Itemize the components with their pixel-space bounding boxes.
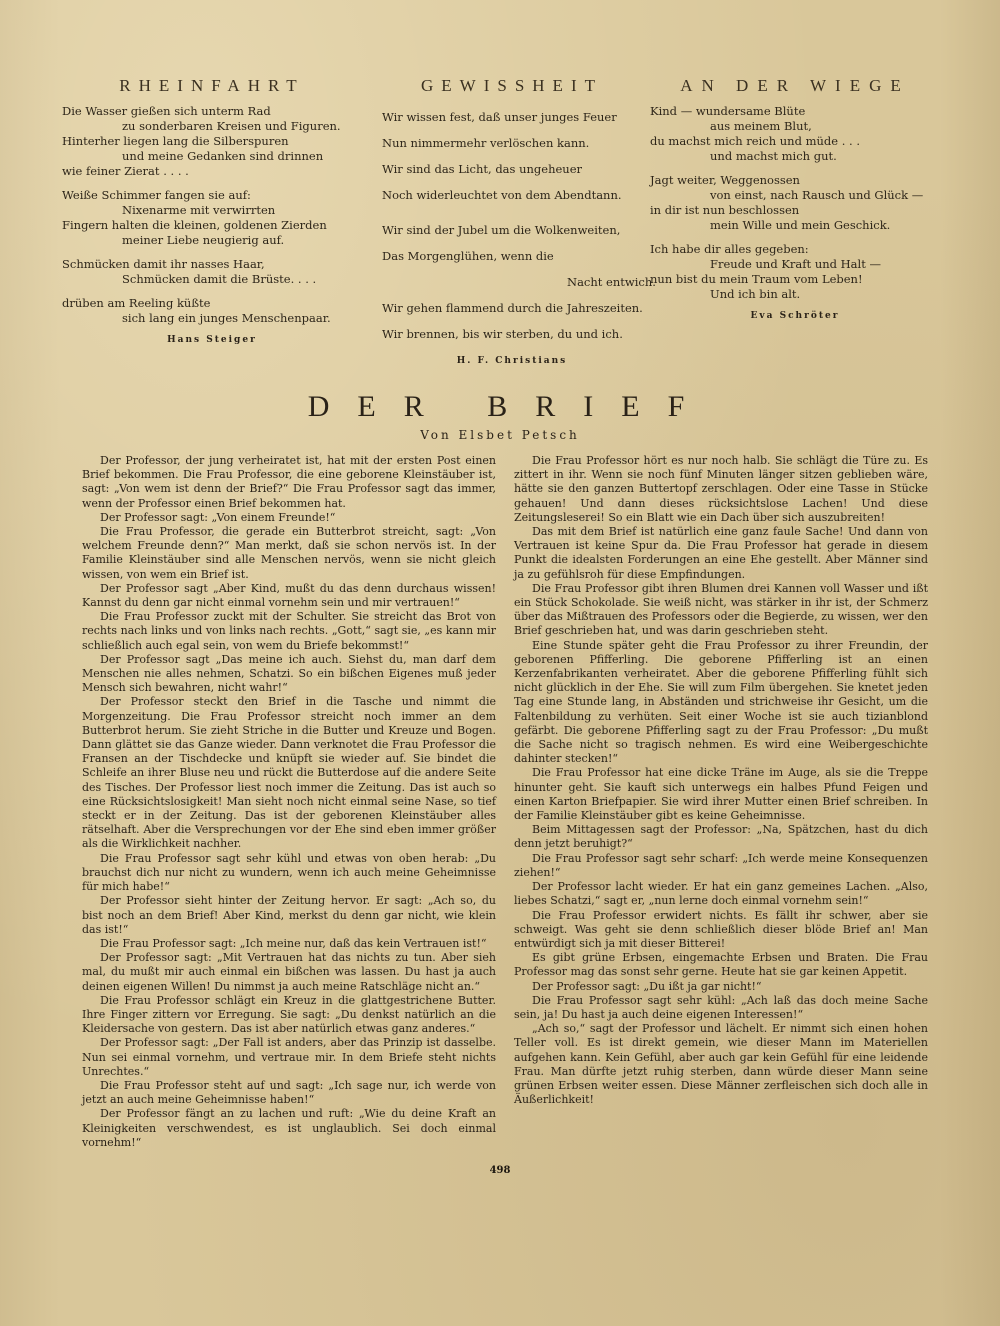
page-number: 498 [0,1165,1000,1176]
poem-line: in dir ist nun beschlossen [650,203,940,218]
story-paragraph: Die Frau Professor hat eine dicke Träne … [514,766,928,823]
story-paragraph: Die Frau Professor, die gerade ein Butte… [82,525,496,582]
poem-line: Wir sind der Jubel um die Wolkenweiten, [382,217,642,243]
poems-section: RHEINFAHRT Die Wasser gießen sich unterm… [62,76,942,366]
story-paragraph: Die Frau Professor sagt sehr kühl und et… [82,852,496,895]
story-paragraph: Die Frau Professor steht auf und sagt: „… [82,1079,496,1107]
poem-line: Das Morgenglühen, wenn die [382,243,642,269]
poem-stanza: Wir sind der Jubel um die Wolkenweiten,D… [382,217,642,347]
story-column-left: Der Professor, der jung verheiratet ist,… [82,454,496,1150]
poem-line: Kind — wundersame Blüte [650,104,940,119]
poem-stanza: Ich habe dir alles gegeben:Freude und Kr… [650,242,940,302]
story-paragraph: Beim Mittagessen sagt der Professor: „Na… [514,823,928,851]
poem-line: Nun nimmermehr verlöschen kann. [382,130,642,156]
story-paragraph: Der Professor sagt „Das meine ich auch. … [82,653,496,696]
story-paragraph: Der Professor sieht hinter der Zeitung h… [82,894,496,937]
poem-line: wie feiner Zierat . . . . [62,164,362,179]
poem-stanza: Weiße Schimmer fangen sie auf:Nixenarme … [62,188,362,248]
poem-stanza: Die Wasser gießen sich unterm Radzu sond… [62,104,362,179]
poem-line: Wir brennen, bis wir sterben, du und ich… [382,321,642,347]
poem-stanza: Kind — wundersame Blüteaus meinem Blut,d… [650,104,940,164]
magazine-page: RHEINFAHRT Die Wasser gießen sich unterm… [0,0,1000,1326]
poem-title: GEWISSHEIT [382,76,642,96]
poem-line: Wir wissen fest, daß unser junges Feuer [382,104,642,130]
poem-line: zu sonderbaren Kreisen und Figuren. [62,119,362,134]
story-paragraph: Die Frau Professor sagt sehr scharf: „Ic… [514,852,928,880]
story-paragraph: Es gibt grüne Erbsen, eingemachte Erbsen… [514,951,928,979]
story-paragraph: Das mit dem Brief ist natürlich eine gan… [514,525,928,582]
story-paragraph: Der Professor sagt: „Du ißt ja gar nicht… [514,980,928,994]
poem-line: Wir gehen flammend durch die Jahreszeite… [382,295,642,321]
poem-title: AN DER WIEGE [650,76,940,96]
story-paragraph: Die Frau Professor zuckt mit der Schulte… [82,610,496,653]
poem-an-der-wiege: AN DER WIEGE Kind — wundersame Blüteaus … [650,76,940,321]
poem-line: Schmücken damit die Brüste. . . . [62,272,362,287]
poem-line: und machst mich gut. [650,149,940,164]
story-paragraph: Der Professor sagt: „Mit Vertrauen hat d… [82,951,496,994]
poem-line: Die Wasser gießen sich unterm Rad [62,104,362,119]
story-paragraph: Die Frau Professor erwidert nichts. Es f… [514,909,928,952]
story-paragraph: Der Professor sagt: „Von einem Freunde!“ [82,511,496,525]
poem-stanza: Wir wissen fest, daß unser junges FeuerN… [382,104,642,208]
story-paragraph: Die Frau Professor hört es nur noch halb… [514,454,928,525]
story-paragraph: Der Professor steckt den Brief in die Ta… [82,695,496,851]
poem-line: Fingern halten die kleinen, goldenen Zie… [62,218,362,233]
poem-line: Und ich bin alt. [650,287,940,302]
poem-line: sich lang ein junges Menschenpaar. [62,311,362,326]
poem-rheinfahrt: RHEINFAHRT Die Wasser gießen sich unterm… [62,76,362,345]
poem-body: Kind — wundersame Blüteaus meinem Blut,d… [650,104,940,302]
poem-author: Eva Schröter [650,311,940,321]
poem-author: Hans Steiger [62,335,362,345]
story-title: DER BRIEF [0,390,1000,424]
poem-line: Nacht entwich. [382,269,642,295]
poem-body: Die Wasser gießen sich unterm Radzu sond… [62,104,362,326]
poem-line: aus meinem Blut, [650,119,940,134]
poem-line: drüben am Reeling küßte [62,296,362,311]
poem-gewissheit: GEWISSHEIT Wir wissen fest, daß unser ju… [382,76,642,366]
poem-line: Jagt weiter, Weggenossen [650,173,940,188]
poem-line: meiner Liebe neugierig auf. [62,233,362,248]
poem-line: und meine Gedanken sind drinnen [62,149,362,164]
story-paragraph: Der Professor sagt: „Der Fall ist anders… [82,1036,496,1079]
poem-line: Freude und Kraft und Halt — [650,257,940,272]
poem-stanza: drüben am Reeling küßtesich lang ein jun… [62,296,362,326]
story-paragraph: Die Frau Professor schlägt ein Kreuz in … [82,994,496,1037]
poem-author: H. F. Christians [382,356,642,366]
poem-line: du machst mich reich und müde . . . [650,134,940,149]
poem-stanza: Schmücken damit ihr nasses Haar,Schmücke… [62,257,362,287]
poem-line: nun bist du mein Traum vom Leben! [650,272,940,287]
poem-line: von einst, nach Rausch und Glück — [650,188,940,203]
poem-line: mein Wille und mein Geschick. [650,218,940,233]
poem-stanza: Jagt weiter, Weggenossenvon einst, nach … [650,173,940,233]
story-paragraph: Der Professor fängt an zu lachen und ruf… [82,1107,496,1150]
story-paragraph: Eine Stunde später geht die Frau Profess… [514,639,928,767]
poem-body: Wir wissen fest, daß unser junges FeuerN… [382,104,642,347]
poem-line: Nixenarme mit verwirrten [62,203,362,218]
poem-line: Noch widerleuchtet von dem Abendtann. [382,182,642,208]
poem-title: RHEINFAHRT [62,76,362,96]
poem-line: Hinterher liegen lang die Silberspuren [62,134,362,149]
story-byline: Von Elsbet Petsch [0,428,1000,442]
story-column-right: Die Frau Professor hört es nur noch halb… [514,454,928,1107]
story-paragraph: „Ach so,“ sagt der Professor und lächelt… [514,1022,928,1107]
story-paragraph: Der Professor lacht wieder. Er hat ein g… [514,880,928,908]
poem-line: Schmücken damit ihr nasses Haar, [62,257,362,272]
story-paragraph: Die Frau Professor sagt sehr kühl: „Ach … [514,994,928,1022]
poem-line: Weiße Schimmer fangen sie auf: [62,188,362,203]
story-paragraph: Die Frau Professor sagt: „Ich meine nur,… [82,937,496,951]
story-paragraph: Der Professor sagt „Aber Kind, mußt du d… [82,582,496,610]
poem-line: Ich habe dir alles gegeben: [650,242,940,257]
story-paragraph: Der Professor, der jung verheiratet ist,… [82,454,496,511]
poem-line: Wir sind das Licht, das ungeheuer [382,156,642,182]
story-paragraph: Die Frau Professor gibt ihren Blumen dre… [514,582,928,639]
